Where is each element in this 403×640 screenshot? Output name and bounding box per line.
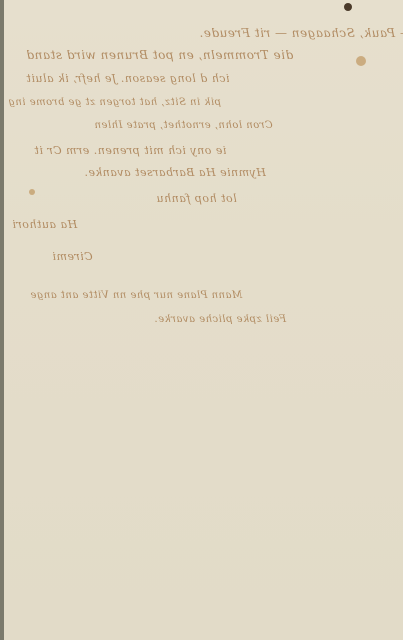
text-line: pik in Sitz, hat torgen zt ge brome ing	[8, 97, 221, 108]
text-line: Ha authori	[12, 218, 77, 231]
text-line: lot hop fanhu	[156, 192, 237, 205]
letter-page: — Pauk, Schaagen — rit Freude. die Tromm…	[4, 0, 403, 640]
text-line: Ciremi	[52, 250, 93, 263]
ink-spot	[344, 3, 352, 11]
stain	[29, 189, 35, 195]
text-line: ie ony ich mit prenen. erm Cr it	[34, 144, 226, 157]
text-line: Cron lohn, ernothet, prate Ihlen	[94, 120, 273, 131]
text-line: Hymnie Ha Barbarset avanke.	[84, 166, 266, 179]
text-line: die Trommeln, en pot Brunen wird stand	[26, 48, 293, 62]
stain	[356, 56, 366, 66]
text-line: Feil zpke pliche avarke.	[154, 314, 286, 325]
text-line: Mann Plane nur phe nn Vitte ant ange	[30, 290, 242, 301]
text-line: ich d long season. Je hefr, ik aluit	[26, 72, 230, 85]
text-line: — Pauk, Schaagen — rit Freude.	[199, 26, 403, 40]
